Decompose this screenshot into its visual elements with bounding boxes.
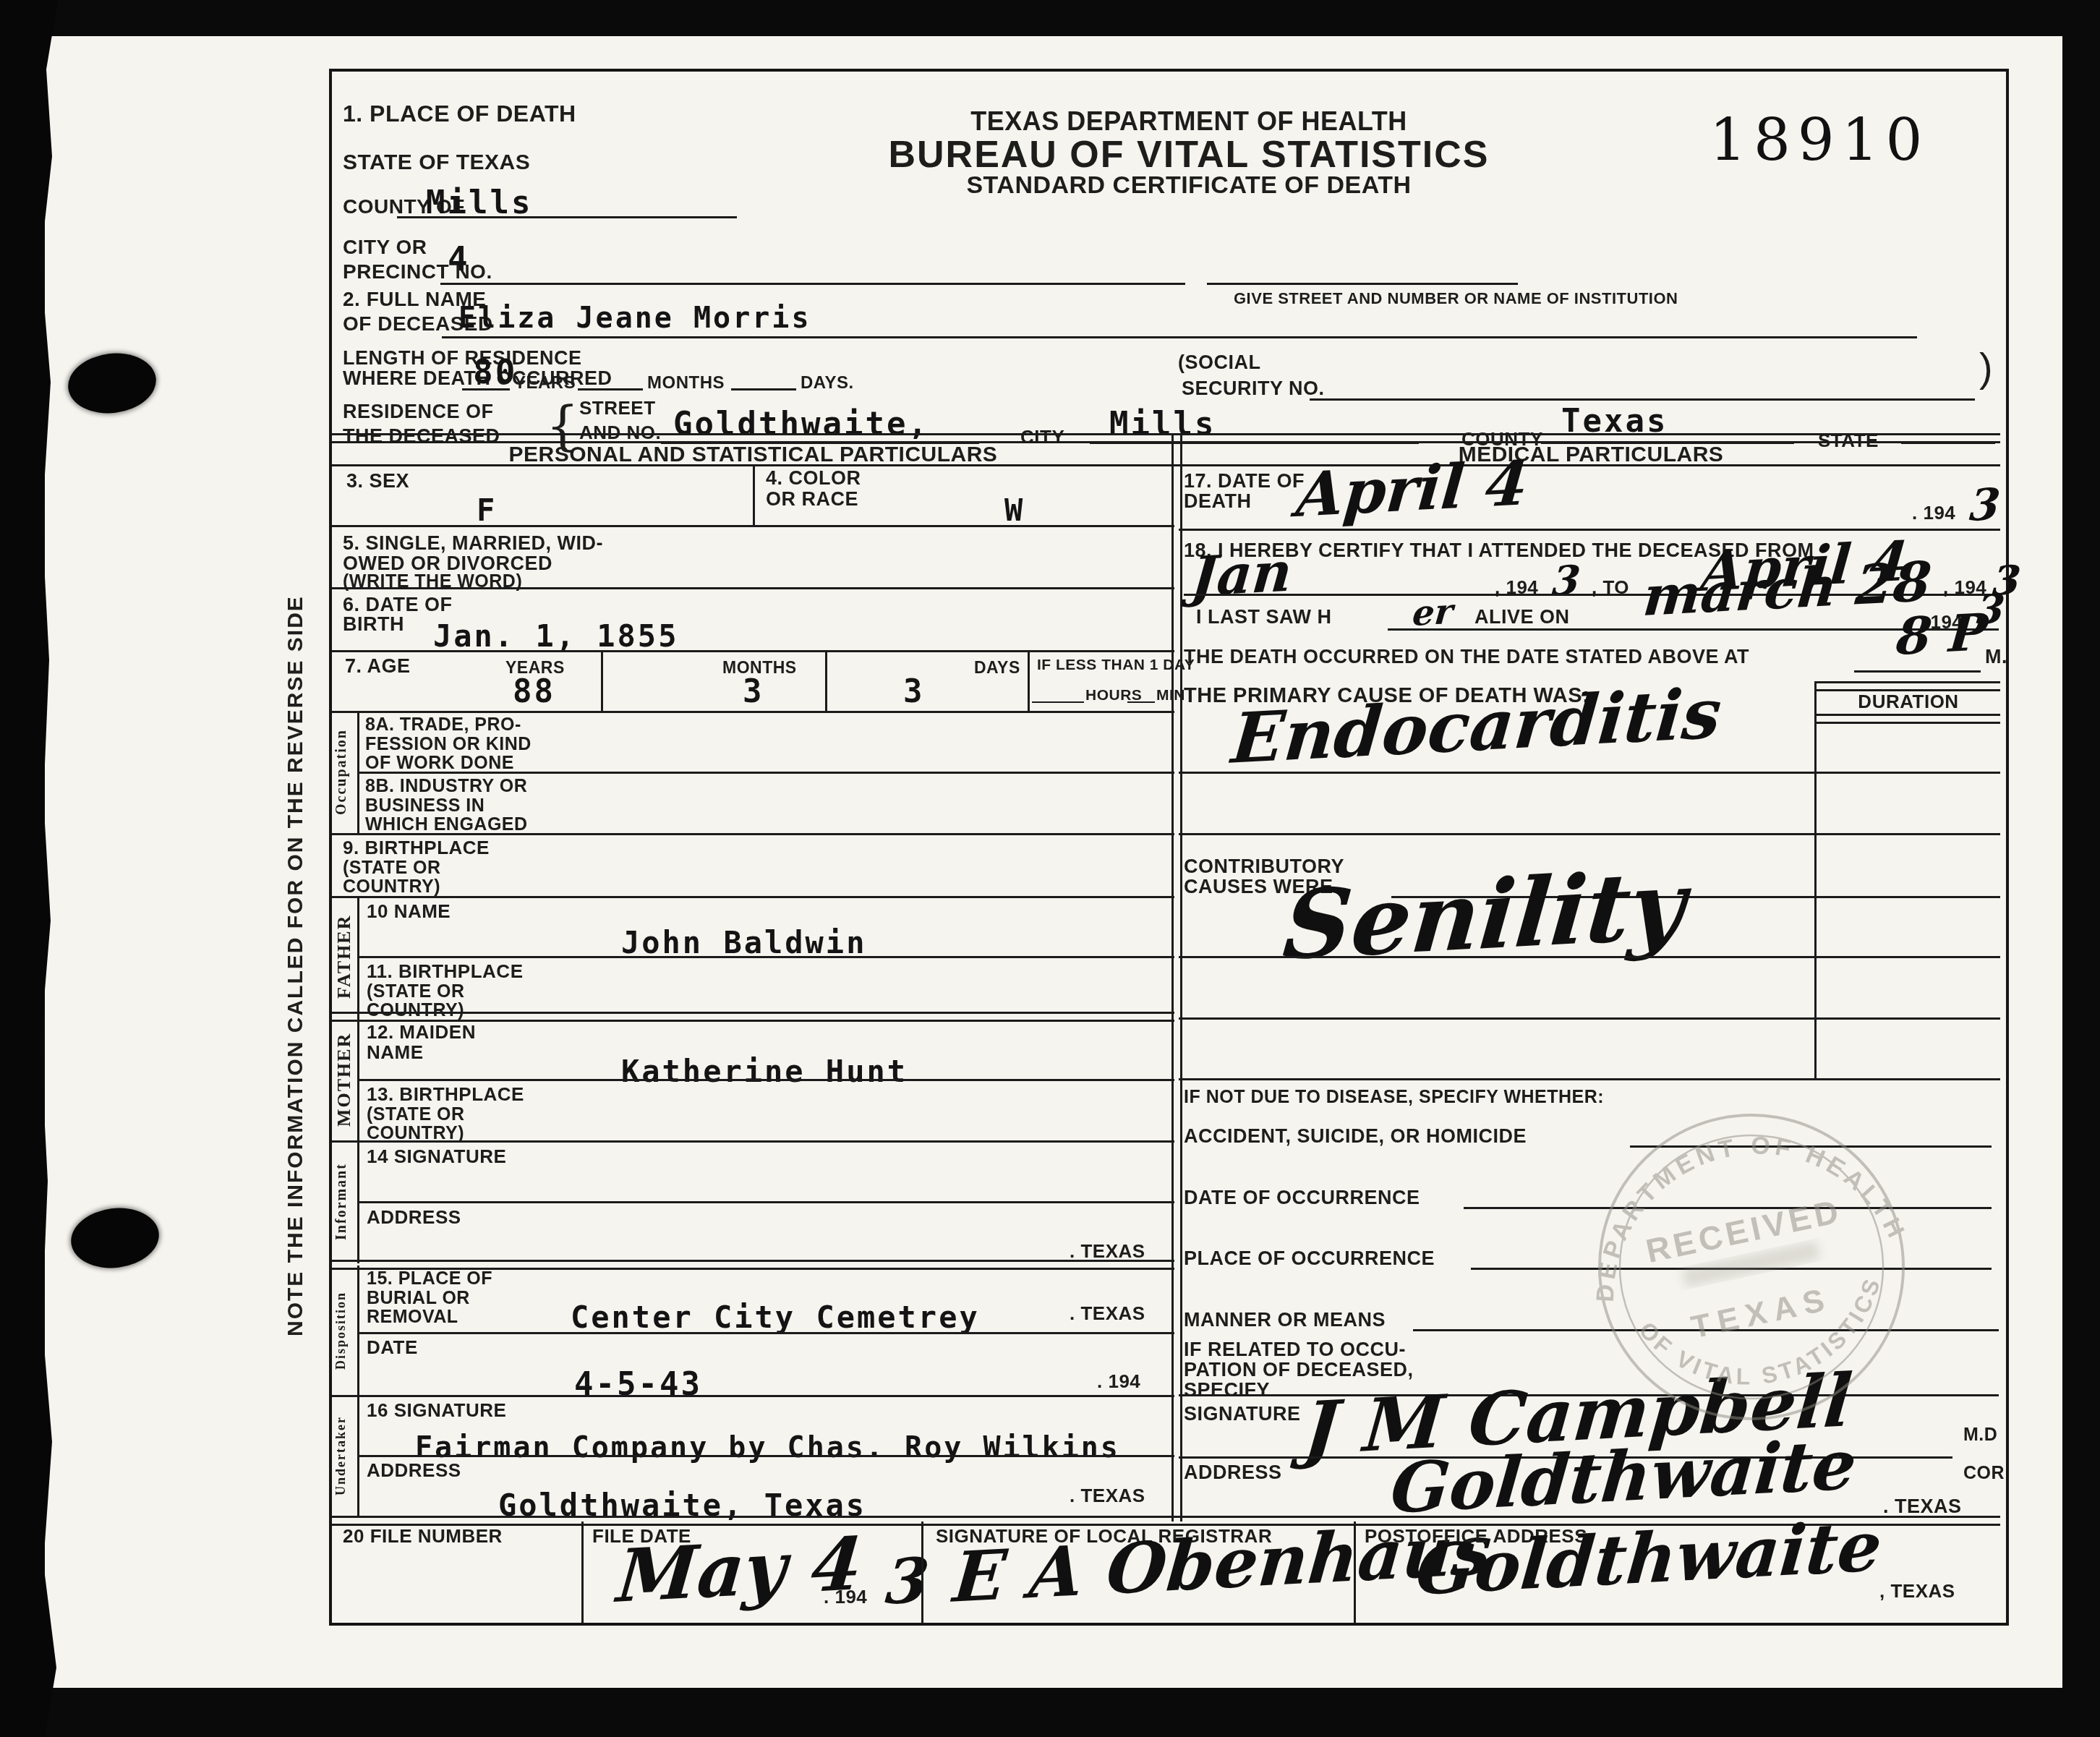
- undertaker-value: Fairman Company by Chas. Roy Wilkins: [415, 1431, 1120, 1464]
- rule: [332, 525, 1174, 527]
- birthplace-label-1: 9. BIRTHPLACE: [343, 838, 490, 858]
- certificate-number: 18910: [1710, 106, 1930, 174]
- rule: [357, 1201, 1174, 1203]
- rule: [1207, 283, 1518, 285]
- related-occupation-label-2: PATION OF DECEASED,: [1184, 1360, 1414, 1380]
- color-label-1: 4. COLOR: [766, 468, 861, 488]
- father-side-label: FATHER: [333, 896, 357, 1017]
- father-bp-label-1: 11. BIRTHPLACE: [367, 962, 524, 981]
- rule: [332, 833, 1174, 835]
- undertaker-texas-label: . TEXAS: [1070, 1486, 1145, 1506]
- accident-label: ACCIDENT, SUICIDE, OR HOMICIDE: [1184, 1126, 1527, 1146]
- rule: [1179, 1017, 2000, 1020]
- burial-label-3: REMOVAL: [367, 1307, 458, 1326]
- social-close-paren: ): [1979, 346, 1993, 389]
- physician-signature-label: SIGNATURE: [1184, 1404, 1301, 1424]
- dob-label-1: 6. DATE OF: [343, 594, 453, 615]
- age-days-value: 3: [903, 673, 925, 710]
- informant-side-label: Informant: [333, 1140, 357, 1263]
- rule: [440, 283, 1185, 285]
- masthead-standard: STANDARD CERTIFICATE OF DEATH: [882, 173, 1496, 199]
- date-of-death-handwriting: April 4: [1294, 447, 1531, 531]
- date-of-death-label-1: 17. DATE OF: [1184, 471, 1305, 491]
- disposition-side-label: Disposition: [333, 1266, 357, 1395]
- contributory-handwriting: Senility: [1279, 849, 1690, 981]
- rule: [578, 388, 643, 390]
- last-saw-date-handwriting: march 28: [1641, 550, 1934, 628]
- rule: [442, 336, 1917, 338]
- residence-length-value: 80: [473, 352, 517, 391]
- place-occurrence-label: PLACE OF OCCURRENCE: [1184, 1248, 1435, 1268]
- last-saw-label-1: I LAST SAW H: [1196, 607, 1332, 627]
- cor-label: COR: [1963, 1464, 2005, 1482]
- rule: [332, 1140, 1174, 1143]
- rule: [357, 956, 1174, 958]
- related-occupation-label-1: IF RELATED TO OCCU-: [1184, 1339, 1406, 1360]
- job-a-label-1: 8A. TRADE, PRO-: [365, 715, 521, 734]
- dod-194-label: . 194: [1912, 503, 1955, 523]
- burial-label-2: BURIAL OR: [367, 1289, 470, 1307]
- mother-side-label: MOTHER: [333, 1019, 357, 1140]
- cell-divider: [921, 1522, 923, 1623]
- birthplace-label-2: (STATE OR: [343, 858, 441, 877]
- physician-address-label: ADDRESS: [1184, 1462, 1282, 1482]
- age-days-label: DAYS: [974, 659, 1020, 676]
- precinct-value: 4: [448, 239, 470, 278]
- age-months-value: 3: [743, 673, 764, 710]
- residence-length-label-1: LENGTH OF RESIDENCE: [343, 348, 582, 368]
- received-stamp: DEPARTMENT OF HEALTH RECEIVED TEXAS OF V…: [1550, 1065, 1952, 1468]
- age-label: 7. AGE: [345, 656, 411, 676]
- mother-name-value: Katherine Hunt: [621, 1054, 908, 1089]
- occurred-label: THE DEATH OCCURRED ON THE DATE STATED AB…: [1184, 646, 1749, 667]
- personal-section-title: PERSONAL AND STATISTICAL PARTICULARS: [332, 443, 1174, 466]
- not-disease-label: IF NOT DUE TO DISEASE, SPECIFY WHETHER:: [1184, 1088, 1604, 1106]
- informant-texas-label: . TEXAS: [1070, 1242, 1145, 1261]
- certificate-form: 1. PLACE OF DEATH STATE OF TEXAS COUNTY …: [329, 69, 2009, 1626]
- sex-label: 3. SEX: [346, 471, 409, 491]
- undertaker-address-label: ADDRESS: [367, 1461, 461, 1480]
- rule: [332, 464, 2000, 466]
- date-occurrence-label: DATE OF OCCURRENCE: [1184, 1187, 1420, 1208]
- cell-divider: [825, 650, 827, 711]
- file-number-label: 20 FILE NUMBER: [343, 1527, 503, 1546]
- rule: [357, 772, 1174, 774]
- residence-of-label-1: RESIDENCE OF: [343, 401, 494, 422]
- city-or-label: CITY OR: [343, 236, 427, 257]
- rule: [462, 388, 510, 390]
- dob-label-2: BIRTH: [343, 614, 404, 634]
- color-label-2: OR RACE: [766, 489, 858, 509]
- street-label-1: STREET: [579, 398, 656, 418]
- father-bp-label-2: (STATE OR: [367, 982, 465, 1001]
- dob-value: Jan. 1, 1855: [433, 618, 678, 654]
- file-year-handwriting: 3: [883, 1544, 932, 1619]
- cell-divider: [1354, 1522, 1356, 1623]
- rule: [1310, 398, 1975, 401]
- rule: [357, 1455, 1174, 1457]
- from-year-handwriting: 3: [1550, 556, 1582, 605]
- street-note: GIVE STREET AND NUMBER OR NAME OF INSTIT…: [1234, 290, 1678, 307]
- occurred-time-handwriting: 8 P: [1894, 602, 1990, 667]
- job-b-label-1: 8B. INDUSTRY OR: [365, 777, 527, 795]
- father-name-value: John Baldwin: [621, 925, 866, 960]
- double-rule: [1814, 681, 2000, 691]
- physician-texas-label: . TEXAS: [1883, 1496, 1962, 1516]
- rule: [1179, 833, 2000, 835]
- if-less-label: IF LESS THAN 1 DAY: [1037, 657, 1195, 673]
- mother-name-label-1: 12. MAIDEN: [367, 1023, 476, 1042]
- sex-value: F: [477, 492, 497, 528]
- md-label: M.D: [1963, 1425, 1997, 1444]
- mother-name-label-2: NAME: [367, 1043, 424, 1062]
- undertaker-side-label: Undertaker: [333, 1397, 357, 1514]
- rule: [731, 388, 796, 390]
- side-divider: [357, 1266, 359, 1395]
- full-name-value: Eliza Jeane Morris: [458, 302, 811, 335]
- dod-year-handwriting: 3: [1968, 479, 2002, 532]
- rule: [332, 587, 1174, 589]
- cell-divider: [601, 650, 603, 711]
- stamp-arc-bottom-text: OF VITAL STATISTICS: [1631, 1268, 1903, 1413]
- rule: [332, 711, 1174, 713]
- rule: [1127, 701, 1155, 703]
- cell-divider: [581, 1522, 584, 1623]
- rule: [332, 1395, 1174, 1397]
- date-of-death-label-2: DEATH: [1184, 491, 1252, 511]
- social-label-1: (SOCIAL: [1178, 352, 1261, 372]
- attended-from-handwriting: Jan: [1189, 539, 1294, 609]
- social-label-2: SECURITY NO.: [1182, 378, 1325, 398]
- rule: [357, 1079, 1174, 1081]
- svg-text:OF VITAL STATISTICS: OF VITAL STATISTICS: [1631, 1268, 1903, 1413]
- burial-place-value: Center City Cemetrey: [571, 1299, 980, 1335]
- cell-divider: [753, 464, 755, 525]
- m-label: M.: [1985, 646, 2007, 667]
- rule: [357, 1332, 1174, 1334]
- burial-texas-label: . TEXAS: [1070, 1304, 1145, 1323]
- manner-means-label: MANNER OR MEANS: [1184, 1310, 1386, 1330]
- scanned-death-certificate: NOTE THE INFORMATION CALLED FOR ON THE R…: [0, 0, 2100, 1737]
- last-saw-label-2: ALIVE ON: [1474, 607, 1570, 627]
- rule: [1854, 670, 1981, 673]
- margin-note: NOTE THE INFORMATION CALLED FOR ON THE R…: [283, 396, 315, 1336]
- file-194-label: . 194: [824, 1587, 867, 1607]
- place-of-death-label: 1. PLACE OF DEATH: [343, 102, 576, 127]
- stamp-texas-text: TEXAS: [1688, 1281, 1835, 1346]
- burial-date-value: 4-5-43: [574, 1366, 702, 1403]
- double-rule: [332, 433, 2000, 443]
- years-label: YEARS: [514, 374, 576, 392]
- job-a-label-2: FESSION OR KIND: [365, 735, 532, 754]
- mother-bp-label-2: (STATE OR: [367, 1105, 465, 1124]
- postoffice-texas-label: , TEXAS: [1879, 1582, 1955, 1601]
- mother-bp-label-1: 13. BIRTHPLACE: [367, 1085, 524, 1104]
- burial-194-label: . 194: [1097, 1372, 1140, 1391]
- burial-date-label: DATE: [367, 1338, 418, 1357]
- informant-signature-label: 14 SIGNATURE: [367, 1147, 506, 1166]
- related-occupation-label-3: SPECIFY: [1184, 1380, 1270, 1400]
- rule: [1032, 701, 1084, 703]
- rule: [332, 896, 1174, 898]
- days-label: DAYS.: [801, 374, 854, 392]
- burial-label-1: 15. PLACE OF: [367, 1269, 492, 1288]
- birthplace-label-3: COUNTRY): [343, 877, 440, 896]
- rule: [397, 216, 737, 218]
- job-b-label-3: WHICH ENGAGED: [365, 815, 528, 834]
- duration-label: DURATION: [1814, 692, 2002, 712]
- color-value: W: [1004, 492, 1025, 528]
- rule: [332, 650, 1174, 652]
- double-rule: [332, 1012, 1174, 1022]
- informant-address-label: ADDRESS: [367, 1208, 461, 1227]
- column-divider: [1171, 433, 1182, 1522]
- job-b-label-2: BUSINESS IN: [365, 796, 485, 815]
- masthead-bureau: BUREAU OF VITAL STATISTICS: [827, 135, 1550, 175]
- rule: [1179, 956, 2000, 958]
- min-label: MIN: [1156, 688, 1185, 704]
- rule: [1179, 772, 2000, 774]
- months-label: MONTHS: [647, 374, 725, 392]
- masthead-dept: TEXAS DEPARTMENT OF HEALTH: [882, 108, 1496, 135]
- marital-label-1: 5. SINGLE, MARRIED, WID-: [343, 533, 603, 553]
- cell-divider: [1028, 650, 1030, 711]
- age-years-value: 88: [513, 673, 555, 710]
- undertaker-signature-label: 16 SIGNATURE: [367, 1401, 506, 1420]
- double-rule: [1814, 714, 2000, 724]
- job-a-label-3: OF WORK DONE: [365, 754, 514, 772]
- occupation-side-label: Occupation: [333, 711, 357, 833]
- father-name-label: 10 NAME: [367, 902, 451, 921]
- state-of-texas-label: STATE OF TEXAS: [343, 151, 530, 174]
